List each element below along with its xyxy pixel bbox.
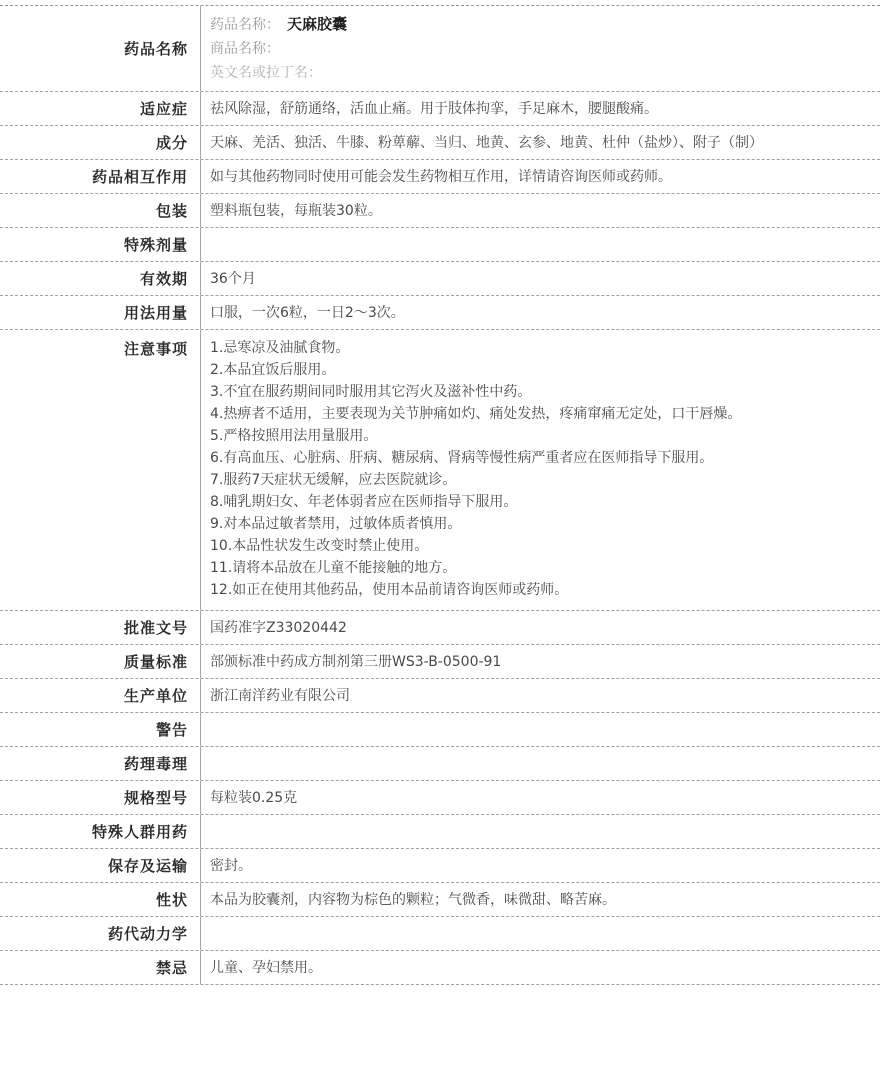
note-line: 4.热痹者不适用，主要表现为关节肿痛如灼、痛处发热，疼痛窜痛无定处，口干唇燥。	[210, 403, 870, 425]
table-row: 特殊剂量	[0, 228, 880, 262]
table-row: 适应症祛风除湿，舒筋通络，活血止痛。用于肢体拘挛，手足麻木，腰腿酸痛。	[0, 92, 880, 126]
table-row: 保存及运输密封。	[0, 849, 880, 883]
row-label: 规格型号	[0, 781, 200, 814]
row-value	[200, 815, 880, 848]
drug-info-table: 药品名称药品名称：天麻胶囊商品名称：英文名或拉丁名：适应症祛风除湿，舒筋通络，活…	[0, 5, 880, 985]
row-value-text: 部颁标准中药成方制剂第三册WS3-B-0500-91	[210, 652, 870, 672]
note-line: 10.本品性状发生改变时禁止使用。	[210, 535, 870, 557]
name-field-line: 英文名或拉丁名：	[210, 61, 870, 85]
note-line: 11.请将本品放在儿童不能接触的地方。	[210, 557, 870, 579]
row-value: 36个月	[200, 262, 880, 295]
note-line: 2.本品宜饭后服用。	[210, 359, 870, 381]
row-value-text: 口服，一次6粒，一日2～3次。	[210, 303, 870, 323]
row-label: 有效期	[0, 262, 200, 295]
row-value-text: 36个月	[210, 269, 870, 289]
table-row: 性状本品为胶囊剂，内容物为棕色的颗粒；气微香，味微甜、略苦麻。	[0, 883, 880, 917]
row-value: 1.忌寒凉及油腻食物。2.本品宜饭后服用。3.不宜在服药期间同时服用其它泻火及滋…	[200, 330, 880, 610]
row-label: 成分	[0, 126, 200, 159]
row-value-text: 如与其他药物同时使用可能会发生药物相互作用，详情请咨询医师或药师。	[210, 167, 870, 187]
table-row: 批准文号国药准字Z33020442	[0, 611, 880, 645]
row-value: 密封。	[200, 849, 880, 882]
table-row: 特殊人群用药	[0, 815, 880, 849]
row-value: 本品为胶囊剂，内容物为棕色的颗粒；气微香，味微甜、略苦麻。	[200, 883, 880, 916]
note-line: 9.对本品过敏者禁用，过敏体质者慎用。	[210, 513, 870, 535]
row-value: 如与其他药物同时使用可能会发生药物相互作用，详情请咨询医师或药师。	[200, 160, 880, 193]
row-value-text: 每粒装0.25克	[210, 788, 870, 808]
table-row: 用法用量口服，一次6粒，一日2～3次。	[0, 296, 880, 330]
note-line: 3.不宜在服药期间同时服用其它泻火及滋补性中药。	[210, 381, 870, 403]
row-value-text: 密封。	[210, 856, 870, 876]
row-label: 药品名称	[0, 6, 200, 91]
row-label: 质量标准	[0, 645, 200, 678]
note-line: 7.服药7天症状无缓解，应去医院就诊。	[210, 469, 870, 491]
row-value: 祛风除湿，舒筋通络，活血止痛。用于肢体拘挛，手足麻木，腰腿酸痛。	[200, 92, 880, 125]
row-value: 部颁标准中药成方制剂第三册WS3-B-0500-91	[200, 645, 880, 678]
note-line: 12.如正在使用其他药品，使用本品前请咨询医师或药师。	[210, 579, 870, 601]
row-value-text: 浙江南洋药业有限公司	[210, 686, 870, 706]
row-value: 浙江南洋药业有限公司	[200, 679, 880, 712]
row-label: 保存及运输	[0, 849, 200, 882]
note-line: 6.有高血压、心脏病、肝病、糖尿病、肾病等慢性病严重者应在医师指导下服用。	[210, 447, 870, 469]
table-row: 药品名称药品名称：天麻胶囊商品名称：英文名或拉丁名：	[0, 6, 880, 92]
table-row: 有效期36个月	[0, 262, 880, 296]
row-value: 塑料瓶包装，每瓶装30粒。	[200, 194, 880, 227]
table-row: 药品相互作用如与其他药物同时使用可能会发生药物相互作用，详情请咨询医师或药师。	[0, 160, 880, 194]
note-line: 5.严格按照用法用量服用。	[210, 425, 870, 447]
row-label: 药理毒理	[0, 747, 200, 780]
row-label: 适应症	[0, 92, 200, 125]
row-label: 批准文号	[0, 611, 200, 644]
row-label: 警告	[0, 713, 200, 746]
row-value: 每粒装0.25克	[200, 781, 880, 814]
row-value: 口服，一次6粒，一日2～3次。	[200, 296, 880, 329]
row-value-text: 国药准字Z33020442	[210, 618, 870, 638]
row-value-text: 塑料瓶包装，每瓶装30粒。	[210, 201, 870, 221]
note-line: 1.忌寒凉及油腻食物。	[210, 337, 870, 359]
table-row: 成分天麻、羌活、独活、牛膝、粉萆薢、当归、地黄、玄参、地黄、杜仲（盐炒）、附子（…	[0, 126, 880, 160]
row-label: 注意事项	[0, 330, 200, 610]
table-row: 药代动力学	[0, 917, 880, 951]
row-value	[200, 917, 880, 950]
row-value: 天麻、羌活、独活、牛膝、粉萆薢、当归、地黄、玄参、地黄、杜仲（盐炒）、附子（制）	[200, 126, 880, 159]
table-row: 药理毒理	[0, 747, 880, 781]
field-key: 商品名称：	[210, 41, 280, 57]
row-value	[200, 747, 880, 780]
row-value	[200, 713, 880, 746]
field-key: 英文名或拉丁名：	[210, 65, 322, 81]
row-label: 特殊人群用药	[0, 815, 200, 848]
field-key: 药品名称：	[210, 17, 280, 33]
row-label: 特殊剂量	[0, 228, 200, 261]
row-label: 性状	[0, 883, 200, 916]
row-value-text: 祛风除湿，舒筋通络，活血止痛。用于肢体拘挛，手足麻木，腰腿酸痛。	[210, 99, 870, 119]
row-value: 儿童、孕妇禁用。	[200, 951, 880, 984]
table-row: 禁忌儿童、孕妇禁用。	[0, 951, 880, 985]
row-label: 用法用量	[0, 296, 200, 329]
row-value-text: 本品为胶囊剂，内容物为棕色的颗粒；气微香，味微甜、略苦麻。	[210, 890, 870, 910]
row-label: 包装	[0, 194, 200, 227]
name-field-line: 商品名称：	[210, 37, 870, 61]
row-label: 生产单位	[0, 679, 200, 712]
row-label: 药代动力学	[0, 917, 200, 950]
note-line: 8.哺乳期妇女、年老体弱者应在医师指导下服用。	[210, 491, 870, 513]
table-row: 质量标准部颁标准中药成方制剂第三册WS3-B-0500-91	[0, 645, 880, 679]
row-value: 国药准字Z33020442	[200, 611, 880, 644]
row-value-text: 天麻、羌活、独活、牛膝、粉萆薢、当归、地黄、玄参、地黄、杜仲（盐炒）、附子（制）	[210, 133, 870, 153]
table-row: 包装塑料瓶包装，每瓶装30粒。	[0, 194, 880, 228]
row-label: 药品相互作用	[0, 160, 200, 193]
name-field-line: 药品名称：天麻胶囊	[210, 12, 870, 37]
table-row: 规格型号每粒装0.25克	[0, 781, 880, 815]
row-value	[200, 228, 880, 261]
table-row: 注意事项1.忌寒凉及油腻食物。2.本品宜饭后服用。3.不宜在服药期间同时服用其它…	[0, 330, 880, 611]
table-row: 生产单位浙江南洋药业有限公司	[0, 679, 880, 713]
row-label: 禁忌	[0, 951, 200, 984]
field-value: 天麻胶囊	[287, 15, 347, 33]
table-row: 警告	[0, 713, 880, 747]
row-value-text: 儿童、孕妇禁用。	[210, 958, 870, 978]
row-value: 药品名称：天麻胶囊商品名称：英文名或拉丁名：	[200, 6, 880, 91]
